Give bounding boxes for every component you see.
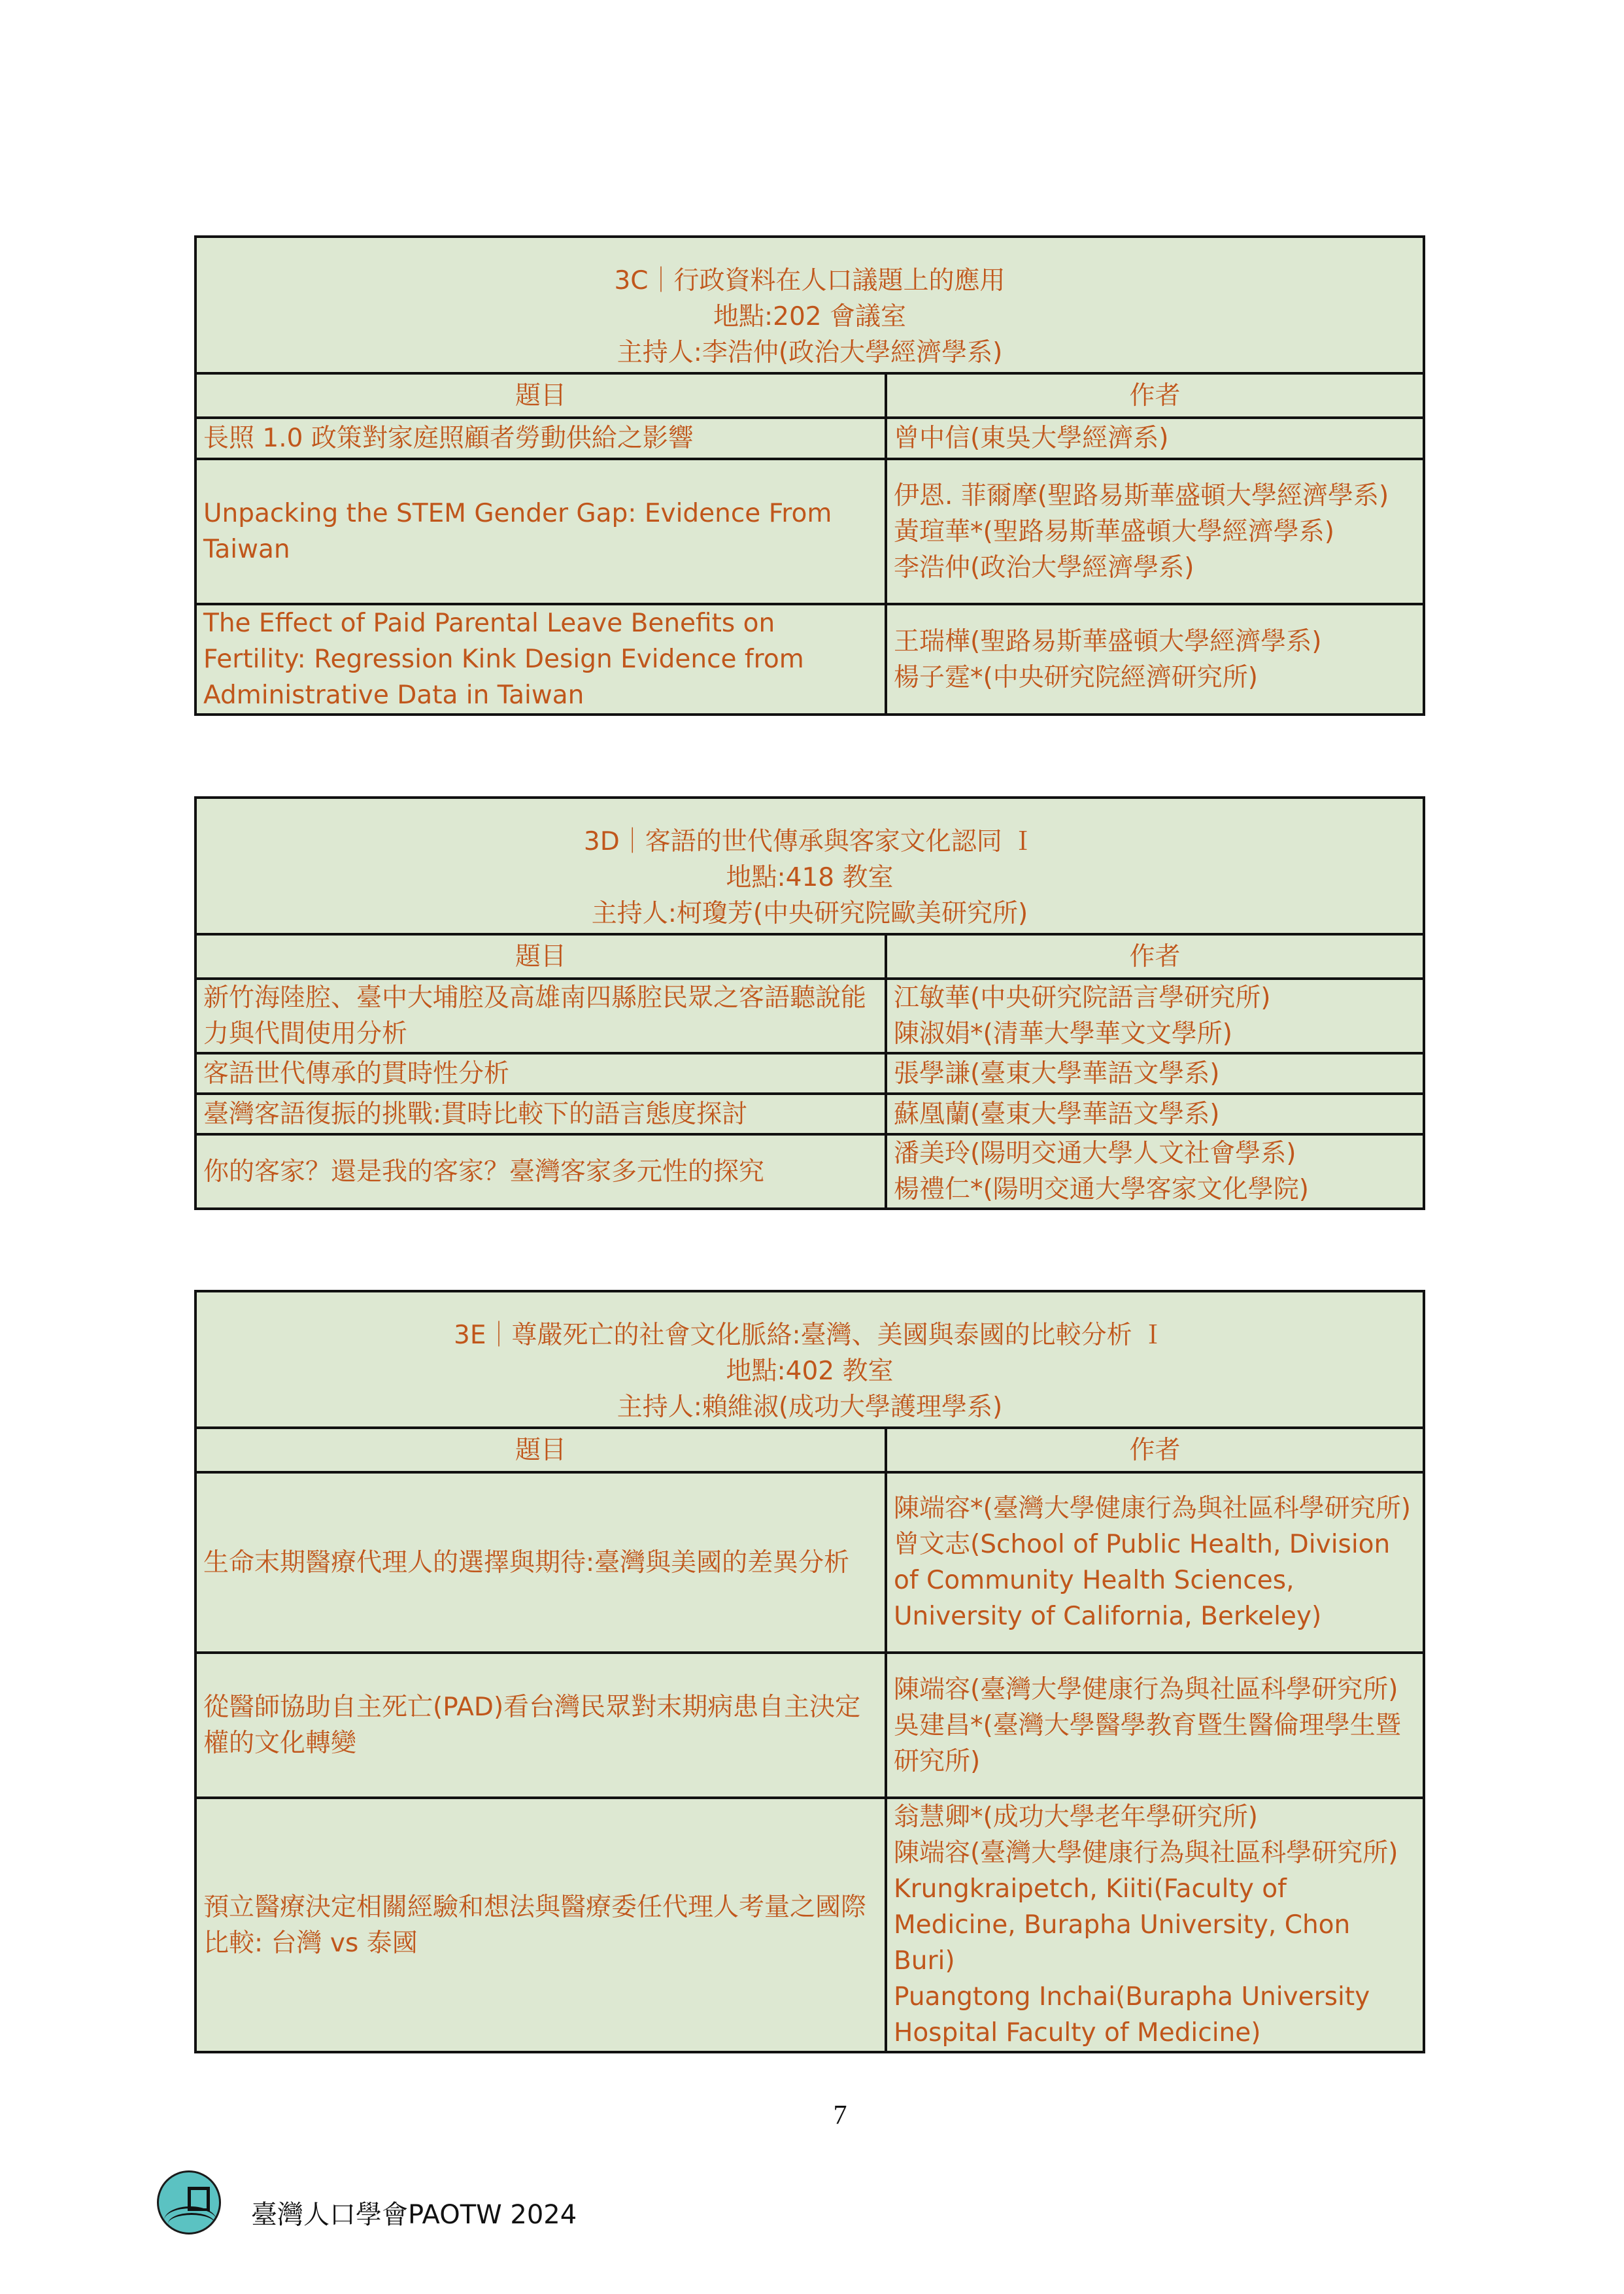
- author: Puangtong Inchai(Burapha University Hosp…: [894, 1979, 1416, 2051]
- column-header-title: 題目: [195, 934, 886, 979]
- paper-authors: 江敏華(中央研究院語言學研究所) 陳淑娟*(清華大學華文文學所): [886, 979, 1424, 1053]
- paper-title: 生命末期醫療代理人的選擇與期待:臺灣與美國的差異分析: [195, 1472, 886, 1653]
- paper-title: The Effect of Paid Parental Leave Benefi…: [195, 604, 886, 715]
- author: Krungkraipetch, Kiiti(Faculty of Medicin…: [894, 1871, 1416, 1979]
- author: 王瑞樺(聖路易斯華盛頓大學經濟學系): [894, 624, 1416, 660]
- author: 陳端容(臺灣大學健康行為與社區科學研究所): [894, 1835, 1416, 1871]
- column-header-author: 作者: [886, 934, 1424, 979]
- session-table-3d: 3D｜客語的世代傳承與客家文化認同 Ｉ 地點:418 教室 主持人:柯瓊芳(中央…: [194, 796, 1425, 1210]
- paper-title: 預立醫療決定相關經驗和想法與醫療委任代理人考量之國際比較: 台灣 vs 泰國: [195, 1798, 886, 2052]
- author: 黃瑄華*(聖路易斯華盛頓大學經濟學系): [894, 514, 1416, 550]
- column-header-title: 題目: [195, 1428, 886, 1472]
- table-row: Unpacking the STEM Gender Gap: Evidence …: [195, 459, 1424, 604]
- session-header: 3D｜客語的世代傳承與客家文化認同 Ｉ 地點:418 教室 主持人:柯瓊芳(中央…: [195, 798, 1424, 934]
- paper-authors: 蘇凰蘭(臺東大學華語文學系): [886, 1094, 1424, 1134]
- session-location: 地點:418 教室: [203, 860, 1416, 896]
- table-row: The Effect of Paid Parental Leave Benefi…: [195, 604, 1424, 715]
- session-location: 地點:202 會議室: [203, 299, 1416, 335]
- author: 陳端容(臺灣大學健康行為與社區科學研究所): [894, 1672, 1416, 1708]
- session-chair: 主持人:李浩仲(政治大學經濟學系): [203, 335, 1416, 371]
- table-row: 你的客家？還是我的客家？臺灣客家多元性的探究 潘美玲(陽明交通大學人文社會學系)…: [195, 1134, 1424, 1209]
- paper-title: Unpacking the STEM Gender Gap: Evidence …: [195, 459, 886, 604]
- author: 伊恩. 菲爾摩(聖路易斯華盛頓大學經濟學系): [894, 478, 1416, 514]
- session-table-3e: 3E｜尊嚴死亡的社會文化脈絡:臺灣、美國與泰國的比較分析 Ｉ 地點:402 教室…: [194, 1290, 1425, 2053]
- session-heading: 3C｜行政資料在人口議題上的應用: [203, 263, 1416, 299]
- paper-title: 客語世代傳承的貫時性分析: [195, 1053, 886, 1094]
- footer: 臺灣人口學會PAOTW 2024: [157, 2170, 577, 2235]
- session-location: 地點:402 教室: [203, 1353, 1416, 1389]
- column-header-author: 作者: [886, 1428, 1424, 1472]
- paper-authors: 陳端容(臺灣大學健康行為與社區科學研究所) 吳建昌*(臺灣大學醫學教育暨生醫倫理…: [886, 1653, 1424, 1798]
- table-row: 從醫師協助自主死亡(PAD)看台灣民眾對末期病患自主決定權的文化轉變 陳端容(臺…: [195, 1653, 1424, 1798]
- author: 陳淑娟*(清華大學華文文學所): [894, 1016, 1416, 1052]
- paper-authors: 陳端容*(臺灣大學健康行為與社區科學研究所) 曾文志(School of Pub…: [886, 1472, 1424, 1653]
- table-row: 新竹海陸腔、臺中大埔腔及高雄南四縣腔民眾之客語聽說能力與代間使用分析 江敏華(中…: [195, 979, 1424, 1053]
- author: 江敏華(中央研究院語言學研究所): [894, 980, 1416, 1016]
- paper-title: 新竹海陸腔、臺中大埔腔及高雄南四縣腔民眾之客語聽說能力與代間使用分析: [195, 979, 886, 1053]
- author: 楊禮仁*(陽明交通大學客家文化學院): [894, 1172, 1416, 1207]
- session-heading: 3D｜客語的世代傳承與客家文化認同 Ｉ: [203, 824, 1416, 860]
- paotw-logo-icon: [157, 2170, 221, 2235]
- author: 翁慧卿*(成功大學老年學研究所): [894, 1799, 1416, 1835]
- footer-text: 臺灣人口學會PAOTW 2024: [251, 2194, 577, 2231]
- paper-authors: 翁慧卿*(成功大學老年學研究所) 陳端容(臺灣大學健康行為與社區科學研究所) K…: [886, 1798, 1424, 2052]
- column-header-title: 題目: [195, 373, 886, 418]
- author: 楊子霆*(中央研究院經濟研究所): [894, 660, 1416, 696]
- paper-authors: 張學謙(臺東大學華語文學系): [886, 1053, 1424, 1094]
- paper-title: 長照 1.0 政策對家庭照顧者勞動供給之影響: [195, 418, 886, 459]
- author: 張學謙(臺東大學華語文學系): [894, 1056, 1416, 1092]
- author: 潘美玲(陽明交通大學人文社會學系): [894, 1136, 1416, 1172]
- paper-authors: 伊恩. 菲爾摩(聖路易斯華盛頓大學經濟學系) 黃瑄華*(聖路易斯華盛頓大學經濟學…: [886, 459, 1424, 604]
- table-row: 生命末期醫療代理人的選擇與期待:臺灣與美國的差異分析 陳端容*(臺灣大學健康行為…: [195, 1472, 1424, 1653]
- table-row: 客語世代傳承的貫時性分析 張學謙(臺東大學華語文學系): [195, 1053, 1424, 1094]
- author: 曾文志(School of Public Health, Division of…: [894, 1527, 1416, 1598]
- paper-title: 從醫師協助自主死亡(PAD)看台灣民眾對末期病患自主決定權的文化轉變: [195, 1653, 886, 1798]
- table-row: 臺灣客語復振的挑戰:貫時比較下的語言態度探討 蘇凰蘭(臺東大學華語文學系): [195, 1094, 1424, 1134]
- session-header: 3C｜行政資料在人口議題上的應用 地點:202 會議室 主持人:李浩仲(政治大學…: [195, 237, 1424, 373]
- paper-title: 你的客家？還是我的客家？臺灣客家多元性的探究: [195, 1134, 886, 1209]
- author: 陳端容*(臺灣大學健康行為與社區科學研究所): [894, 1491, 1416, 1527]
- paper-title: 臺灣客語復振的挑戰:貫時比較下的語言態度探討: [195, 1094, 886, 1134]
- author: 李浩仲(政治大學經濟學系): [894, 550, 1416, 586]
- author: University of California, Berkeley): [894, 1598, 1416, 1634]
- author: 蘇凰蘭(臺東大學華語文學系): [894, 1096, 1416, 1132]
- paper-authors: 潘美玲(陽明交通大學人文社會學系) 楊禮仁*(陽明交通大學客家文化學院): [886, 1134, 1424, 1209]
- table-row: 長照 1.0 政策對家庭照顧者勞動供給之影響 曾中信(東吳大學經濟系): [195, 418, 1424, 459]
- session-table-3c: 3C｜行政資料在人口議題上的應用 地點:202 會議室 主持人:李浩仲(政治大學…: [194, 235, 1425, 716]
- session-chair: 主持人:柯瓊芳(中央研究院歐美研究所): [203, 896, 1416, 932]
- author: 曾中信(東吳大學經濟系): [894, 420, 1416, 456]
- paper-authors: 王瑞樺(聖路易斯華盛頓大學經濟學系) 楊子霆*(中央研究院經濟研究所): [886, 604, 1424, 715]
- session-heading: 3E｜尊嚴死亡的社會文化脈絡:臺灣、美國與泰國的比較分析 Ｉ: [203, 1317, 1416, 1353]
- session-header: 3E｜尊嚴死亡的社會文化脈絡:臺灣、美國與泰國的比較分析 Ｉ 地點:402 教室…: [195, 1291, 1424, 1428]
- paper-authors: 曾中信(東吳大學經濟系): [886, 418, 1424, 459]
- author: 吳建昌*(臺灣大學醫學教育暨生醫倫理學生暨研究所): [894, 1708, 1416, 1780]
- session-chair: 主持人:賴維淑(成功大學護理學系): [203, 1389, 1416, 1425]
- table-row: 預立醫療決定相關經驗和想法與醫療委任代理人考量之國際比較: 台灣 vs 泰國 翁…: [195, 1798, 1424, 2052]
- page-number: 7: [827, 2100, 853, 2131]
- column-header-author: 作者: [886, 373, 1424, 418]
